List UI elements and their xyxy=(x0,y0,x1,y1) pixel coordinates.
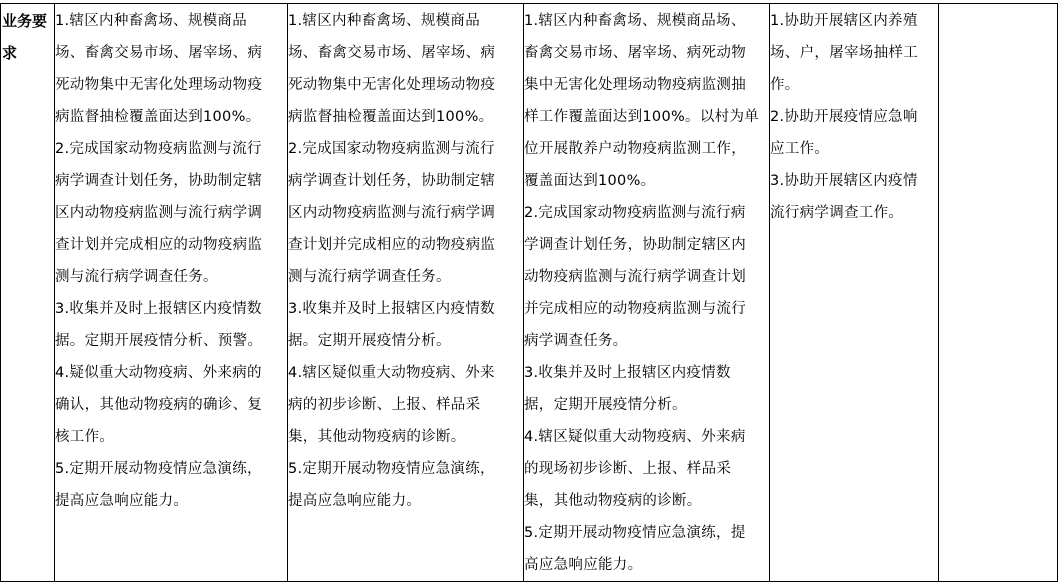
cell-line: 作。 xyxy=(770,69,938,101)
requirements-table: 业务要求 1.辖区内种畜禽场、规模商品场、畜禽交易市场、屠宰场、病死动物集中无害… xyxy=(0,3,1058,582)
cell-text: 1.辖区内种畜禽场、规模商品场、畜禽交易市场、屠宰场、病死动物集中无害化处理场动… xyxy=(288,4,523,517)
cell-text: 1.辖区内种畜禽场、规模商品场、畜禽交易市场、屠宰场、病死动物集中无害化处理场动… xyxy=(55,4,287,517)
cell-line: 位开展散养户动物疫病监测工作， xyxy=(524,133,769,165)
table-cell-col5 xyxy=(939,4,1058,582)
cell-line: 病学调查计划任务，协助制定辖 xyxy=(55,165,287,197)
cell-line: 场、户，屠宰场抽样工 xyxy=(770,37,938,69)
cell-line: 病学调查计划任务，协助制定辖 xyxy=(288,165,523,197)
cell-line: 确认，其他动物疫病的确诊、复 xyxy=(55,389,287,421)
cell-line: 提高应急响应能力。 xyxy=(288,485,523,517)
cell-line: 测与流行病学调查任务。 xyxy=(55,261,287,293)
row-header-line: 求 xyxy=(2,44,17,62)
cell-line: 并完成相应的动物疫病监测与流行 xyxy=(524,293,769,325)
cell-line: 2.完成国家动物疫病监测与流行病 xyxy=(524,197,769,229)
row-header-cell: 业务要求 xyxy=(1,4,55,582)
cell-line: 死动物集中无害化处理场动物疫 xyxy=(55,69,287,101)
cell-line: 查计划并完成相应的动物疫病监 xyxy=(55,229,287,261)
table-cell-col1: 1.辖区内种畜禽场、规模商品场、畜禽交易市场、屠宰场、病死动物集中无害化处理场动… xyxy=(55,4,288,582)
cell-line: 提高应急响应能力。 xyxy=(55,485,287,517)
cell-line: 畜禽交易市场、屠宰场、病死动物 xyxy=(524,37,769,69)
cell-line: 2.完成国家动物疫病监测与流行 xyxy=(55,133,287,165)
table-cell-col3: 1.辖区内种畜禽场、规模商品场、畜禽交易市场、屠宰场、病死动物集中无害化处理场动… xyxy=(524,4,770,582)
cell-line: 据。定期开展疫情分析。 xyxy=(288,325,523,357)
cell-line: 2.协助开展疫情应急响 xyxy=(770,101,938,133)
cell-line: 的现场初步诊断、上报、样品采 xyxy=(524,453,769,485)
cell-line: 样工作覆盖面达到100%。以村为单 xyxy=(524,101,769,133)
cell-line: 查计划并完成相应的动物疫病监 xyxy=(288,229,523,261)
cell-line: 病监督抽检覆盖面达到100%。 xyxy=(288,101,523,133)
cell-line: 5.定期开展动物疫情应急演练，提 xyxy=(524,517,769,549)
table-row: 业务要求 1.辖区内种畜禽场、规模商品场、畜禽交易市场、屠宰场、病死动物集中无害… xyxy=(1,4,1058,582)
cell-line: 病的初步诊断、上报、样品采 xyxy=(288,389,523,421)
cell-line: 4.疑似重大动物疫病、外来病的 xyxy=(55,357,287,389)
cell-line: 死动物集中无害化处理场动物疫 xyxy=(288,69,523,101)
cell-line: 区内动物疫病监测与流行病学调 xyxy=(55,197,287,229)
cell-line: 3.协助开展辖区内疫情 xyxy=(770,165,938,197)
cell-line: 1.辖区内种畜禽场、规模商品场、 xyxy=(524,5,769,37)
cell-line: 场、畜禽交易市场、屠宰场、病 xyxy=(288,37,523,69)
cell-line: 5.定期开展动物疫情应急演练， xyxy=(55,453,287,485)
cell-line: 场、畜禽交易市场、屠宰场、病 xyxy=(55,37,287,69)
cell-line: 3.收集并及时上报辖区内疫情数 xyxy=(288,293,523,325)
cell-line: 应工作。 xyxy=(770,133,938,165)
row-header-label: 业务要求 xyxy=(1,4,54,69)
cell-line: 5.定期开展动物疫情应急演练， xyxy=(288,453,523,485)
cell-line: 3.收集并及时上报辖区内疫情数 xyxy=(524,357,769,389)
cell-line: 据。定期开展疫情分析、预警。 xyxy=(55,325,287,357)
cell-line: 集，其他动物疫病的诊断。 xyxy=(524,485,769,517)
cell-line: 病学调查任务。 xyxy=(524,325,769,357)
cell-text: 1.辖区内种畜禽场、规模商品场、畜禽交易市场、屠宰场、病死动物集中无害化处理场动… xyxy=(524,4,769,581)
cell-text: 1.协助开展辖区内养殖场、户，屠宰场抽样工作。2.协助开展疫情应急响应工作。3.… xyxy=(770,4,938,229)
cell-line: 4.辖区疑似重大动物疫病、外来病 xyxy=(524,421,769,453)
cell-line: 高应急响应能力。 xyxy=(524,549,769,581)
cell-line: 学调查计划任务，协助制定辖区内 xyxy=(524,229,769,261)
cell-line: 流行病学调查工作。 xyxy=(770,197,938,229)
table-cell-col2: 1.辖区内种畜禽场、规模商品场、畜禽交易市场、屠宰场、病死动物集中无害化处理场动… xyxy=(288,4,524,582)
cell-line: 核工作。 xyxy=(55,421,287,453)
cell-line: 1.辖区内种畜禽场、规模商品 xyxy=(55,5,287,37)
cell-line: 动物疫病监测与流行病学调查计划 xyxy=(524,261,769,293)
cell-line: 4.辖区疑似重大动物疫病、外来 xyxy=(288,357,523,389)
cell-text xyxy=(939,4,1057,5)
cell-line: 测与流行病学调查任务。 xyxy=(288,261,523,293)
cell-line: 1.协助开展辖区内养殖 xyxy=(770,5,938,37)
cell-line: 据，定期开展疫情分析。 xyxy=(524,389,769,421)
cell-line: 2.完成国家动物疫病监测与流行 xyxy=(288,133,523,165)
row-header-line: 业务要 xyxy=(2,12,47,30)
cell-line: 病监督抽检覆盖面达到100%。 xyxy=(55,101,287,133)
cell-line: 覆盖面达到100%。 xyxy=(524,165,769,197)
cell-line: 1.辖区内种畜禽场、规模商品 xyxy=(288,5,523,37)
cell-line: 区内动物疫病监测与流行病学调 xyxy=(288,197,523,229)
table-cell-col4: 1.协助开展辖区内养殖场、户，屠宰场抽样工作。2.协助开展疫情应急响应工作。3.… xyxy=(770,4,939,582)
cell-line: 3.收集并及时上报辖区内疫情数 xyxy=(55,293,287,325)
cell-line: 集，其他动物疫病的诊断。 xyxy=(288,421,523,453)
cell-line: 集中无害化处理场动物疫病监测抽 xyxy=(524,69,769,101)
